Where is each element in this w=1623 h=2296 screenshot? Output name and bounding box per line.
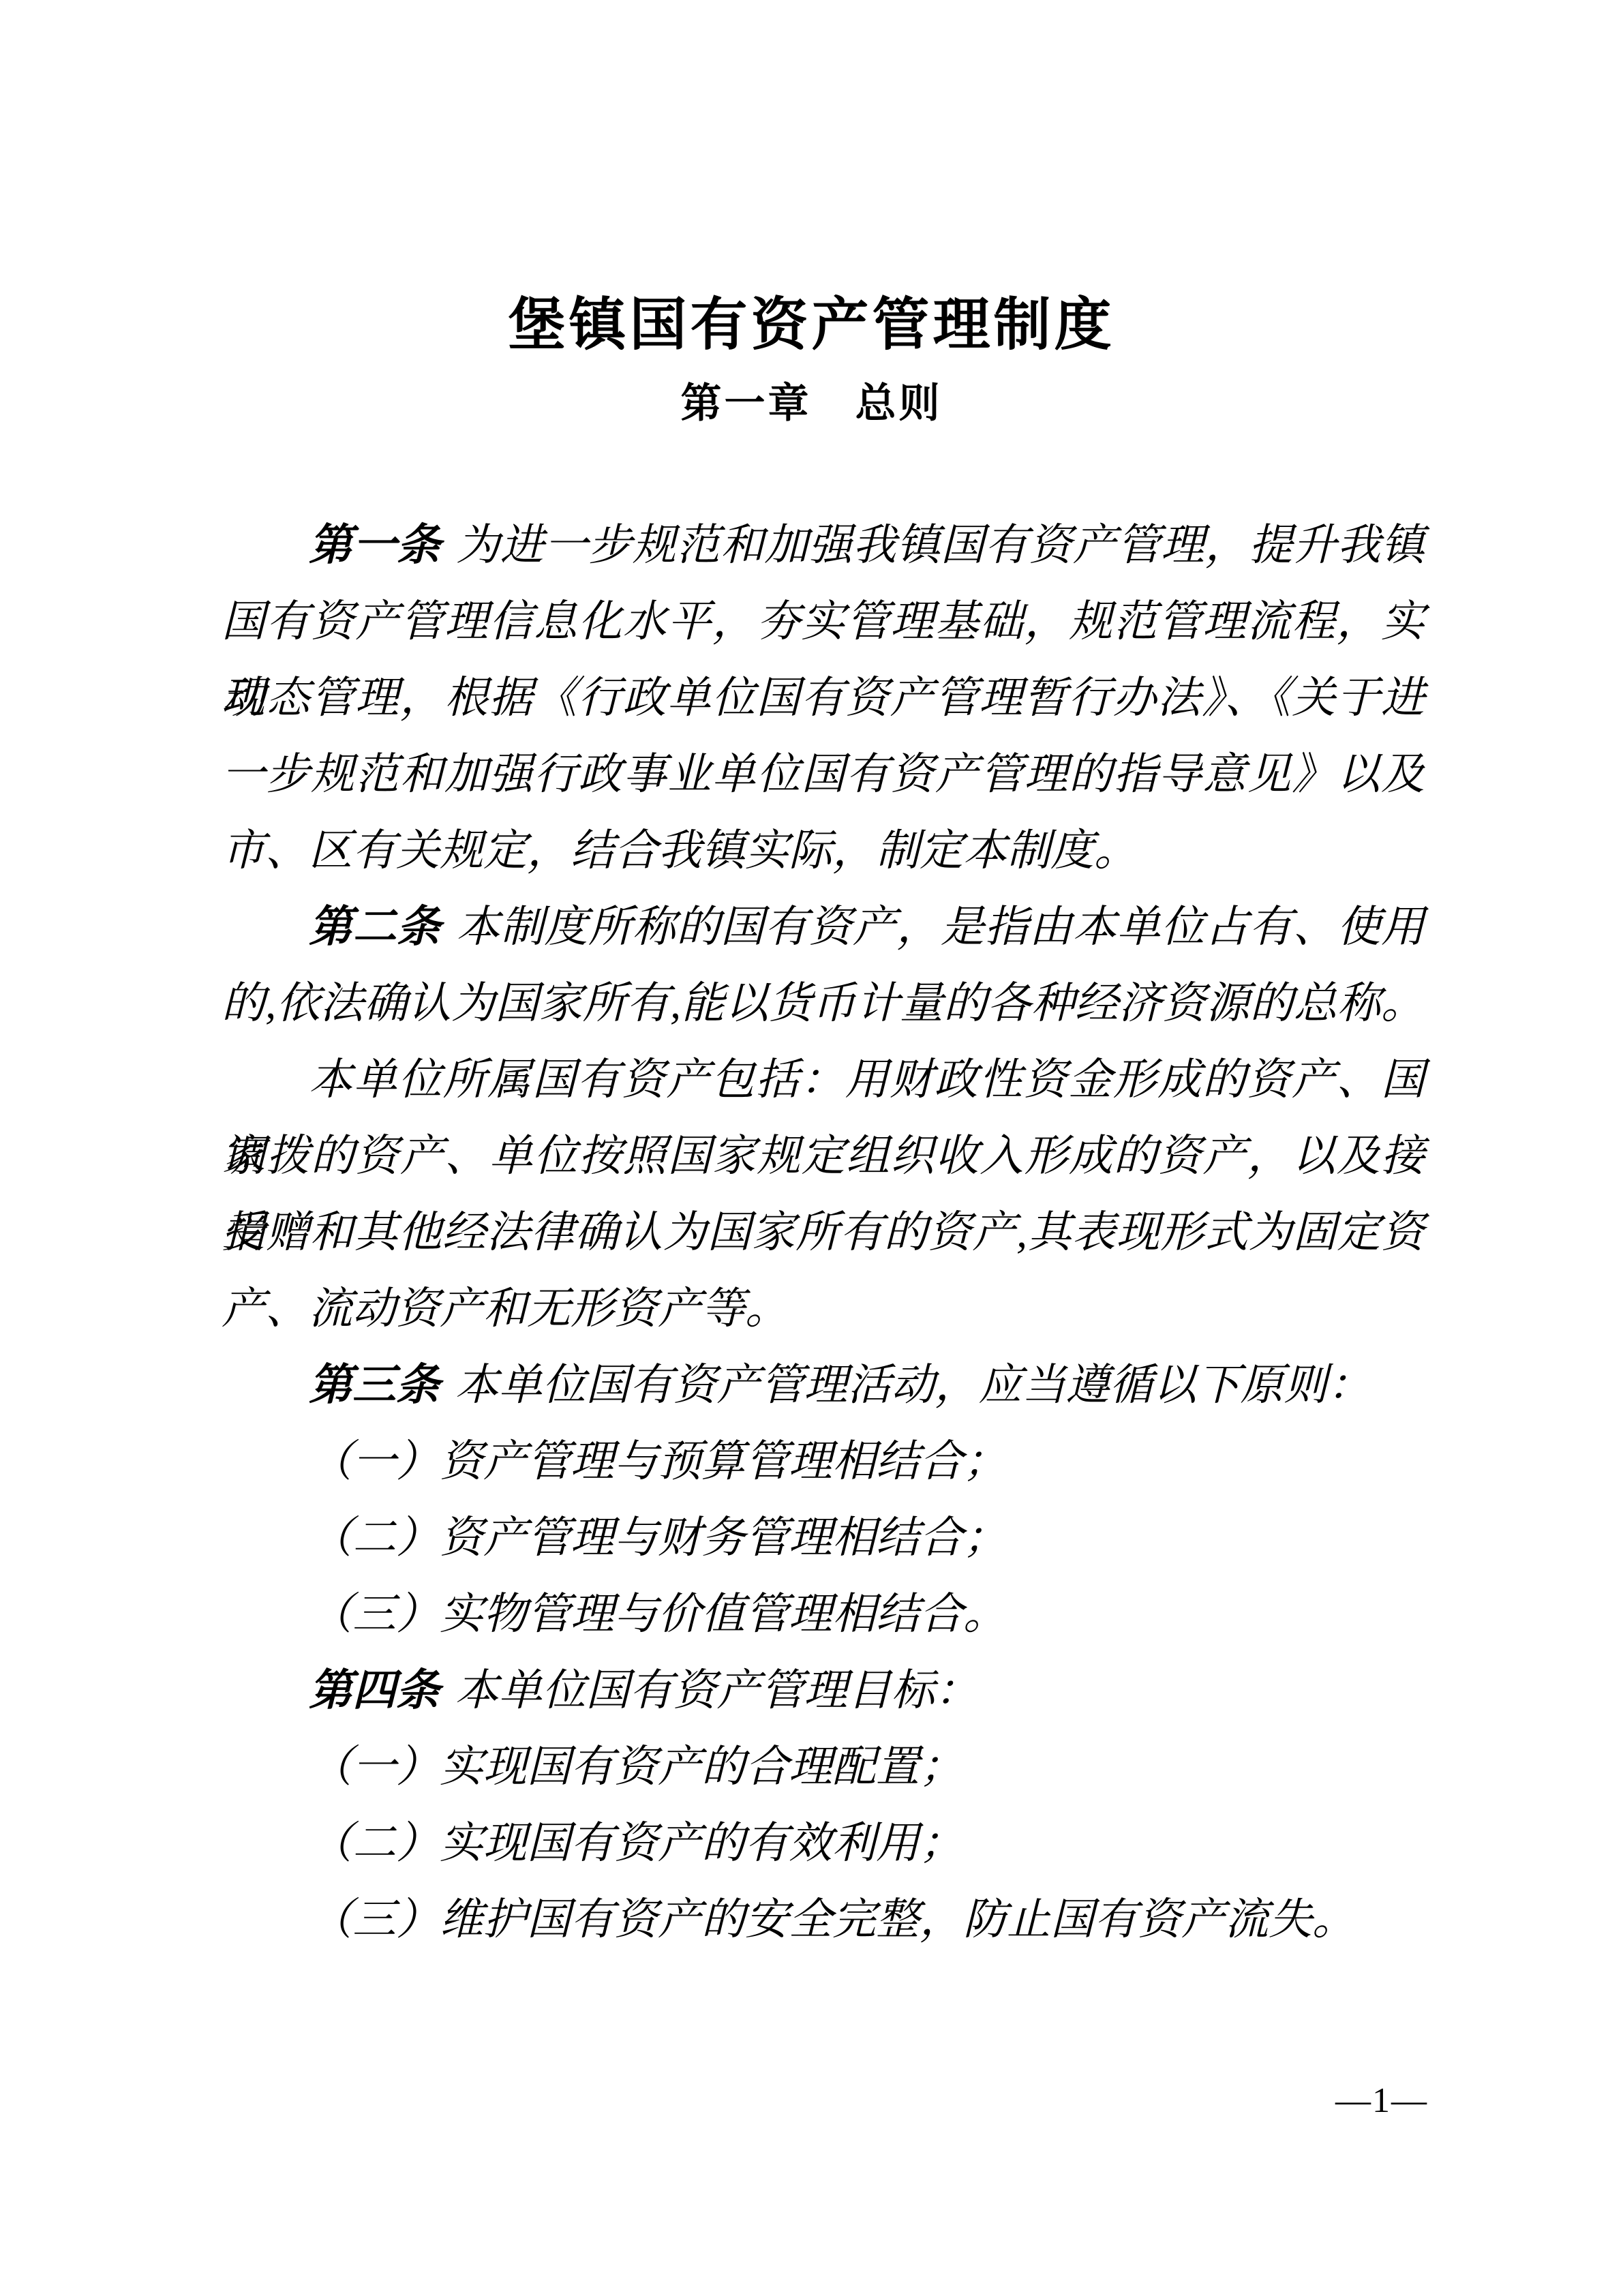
text-segment: 动态管理，根据《行政单位国有资产管理暂行办法》、《关于进 [222,674,1425,722]
document-title: 堡镇国有资产管理制度 [0,293,1623,359]
text-line: （一）实现国有资产的合理配置； [222,1729,1425,1805]
text-line: 本单位所属国有资产包括：用财政性资金形成的资产、国家 [222,1042,1425,1118]
text-segment: 为进一步规范和加强我镇国有资产管理，提升我镇 [456,521,1425,569]
text-line: 市、区有关规定，结合我镇实际，制定本制度。 [222,813,1425,889]
text-segment: （二）资产管理与财务管理相结合； [309,1513,1007,1562]
text-line: 捐赠和其他经法律确认为国家所有的资产,其表现形式为固定资 [222,1194,1425,1271]
page-number: —1— [1335,2081,1428,2121]
text-line: 国有资产管理信息化水平，夯实管理基础，规范管理流程，实现 [222,584,1425,660]
text-segment: 本制度所称的国有资产，是指由本单位占有、使用 [456,903,1425,951]
body-text: 第一条为进一步规范和加强我镇国有资产管理，提升我镇国有资产管理信息化水平，夯实管… [222,507,1425,1958]
text-segment: 产、流动资产和无形资产等。 [222,1284,789,1333]
text-line: 调拨的资产、单位按照国家规定组织收入形成的资产，以及接受 [222,1118,1425,1194]
text-segment: （一）资产管理与预算管理相结合； [309,1437,1007,1485]
text-segment: （三）实物管理与价值管理相结合。 [309,1590,1007,1638]
text-segment: 本单位国有资产管理活动，应当遵循以下原则： [455,1361,1371,1409]
text-line: 动态管理，根据《行政单位国有资产管理暂行办法》、《关于进 [222,660,1425,736]
text-segment: 的,依法确认为国家所有,能以货币计量的各种经济资源的总称。 [222,979,1425,1027]
text-line: 第三条本单位国有资产管理活动，应当遵循以下原则： [222,1347,1425,1423]
text-line: 的,依法确认为国家所有,能以货币计量的各种经济资源的总称。 [222,965,1425,1042]
text-segment: 一步规范和加强行政事业单位国有资产管理的指导意见》以及 [222,750,1425,798]
chapter-heading: 第一章 总则 [0,380,1623,427]
text-line: （二）实现国有资产的有效利用； [222,1805,1425,1882]
article-number: 第二条 [309,903,441,951]
text-line: 一步规范和加强行政事业单位国有资产管理的指导意见》以及 [222,736,1425,813]
text-line: （二）资产管理与财务管理相结合； [222,1500,1425,1576]
article-number: 第四条 [309,1666,440,1715]
text-line: （一）资产管理与预算管理相结合； [222,1423,1425,1500]
text-line: 产、流动资产和无形资产等。 [222,1271,1425,1347]
text-line: 第四条本单位国有资产管理目标： [222,1652,1425,1729]
text-line: （三）维护国有资产的安全完整，防止国有资产流失。 [222,1882,1425,1958]
text-segment: （一）实现国有资产的合理配置； [309,1742,963,1791]
text-segment: 捐赠和其他经法律确认为国家所有的资产,其表现形式为固定资 [222,1208,1425,1256]
document-page: 堡镇国有资产管理制度 第一章 总则 第一条为进一步规范和加强我镇国有资产管理，提… [0,0,1623,2296]
text-line: （三）实物管理与价值管理相结合。 [222,1576,1425,1652]
text-segment: （二）实现国有资产的有效利用； [309,1819,963,1867]
article-number: 第三条 [309,1361,440,1409]
text-line: 第一条为进一步规范和加强我镇国有资产管理，提升我镇 [222,507,1425,584]
text-segment: 本单位国有资产管理目标： [455,1666,978,1715]
article-number: 第一条 [309,521,441,569]
text-segment: 市、区有关规定，结合我镇实际，制定本制度。 [222,826,1138,875]
text-segment: （三）维护国有资产的安全完整，防止国有资产流失。 [309,1895,1356,1944]
text-line: 第二条本制度所称的国有资产，是指由本单位占有、使用 [222,889,1425,965]
